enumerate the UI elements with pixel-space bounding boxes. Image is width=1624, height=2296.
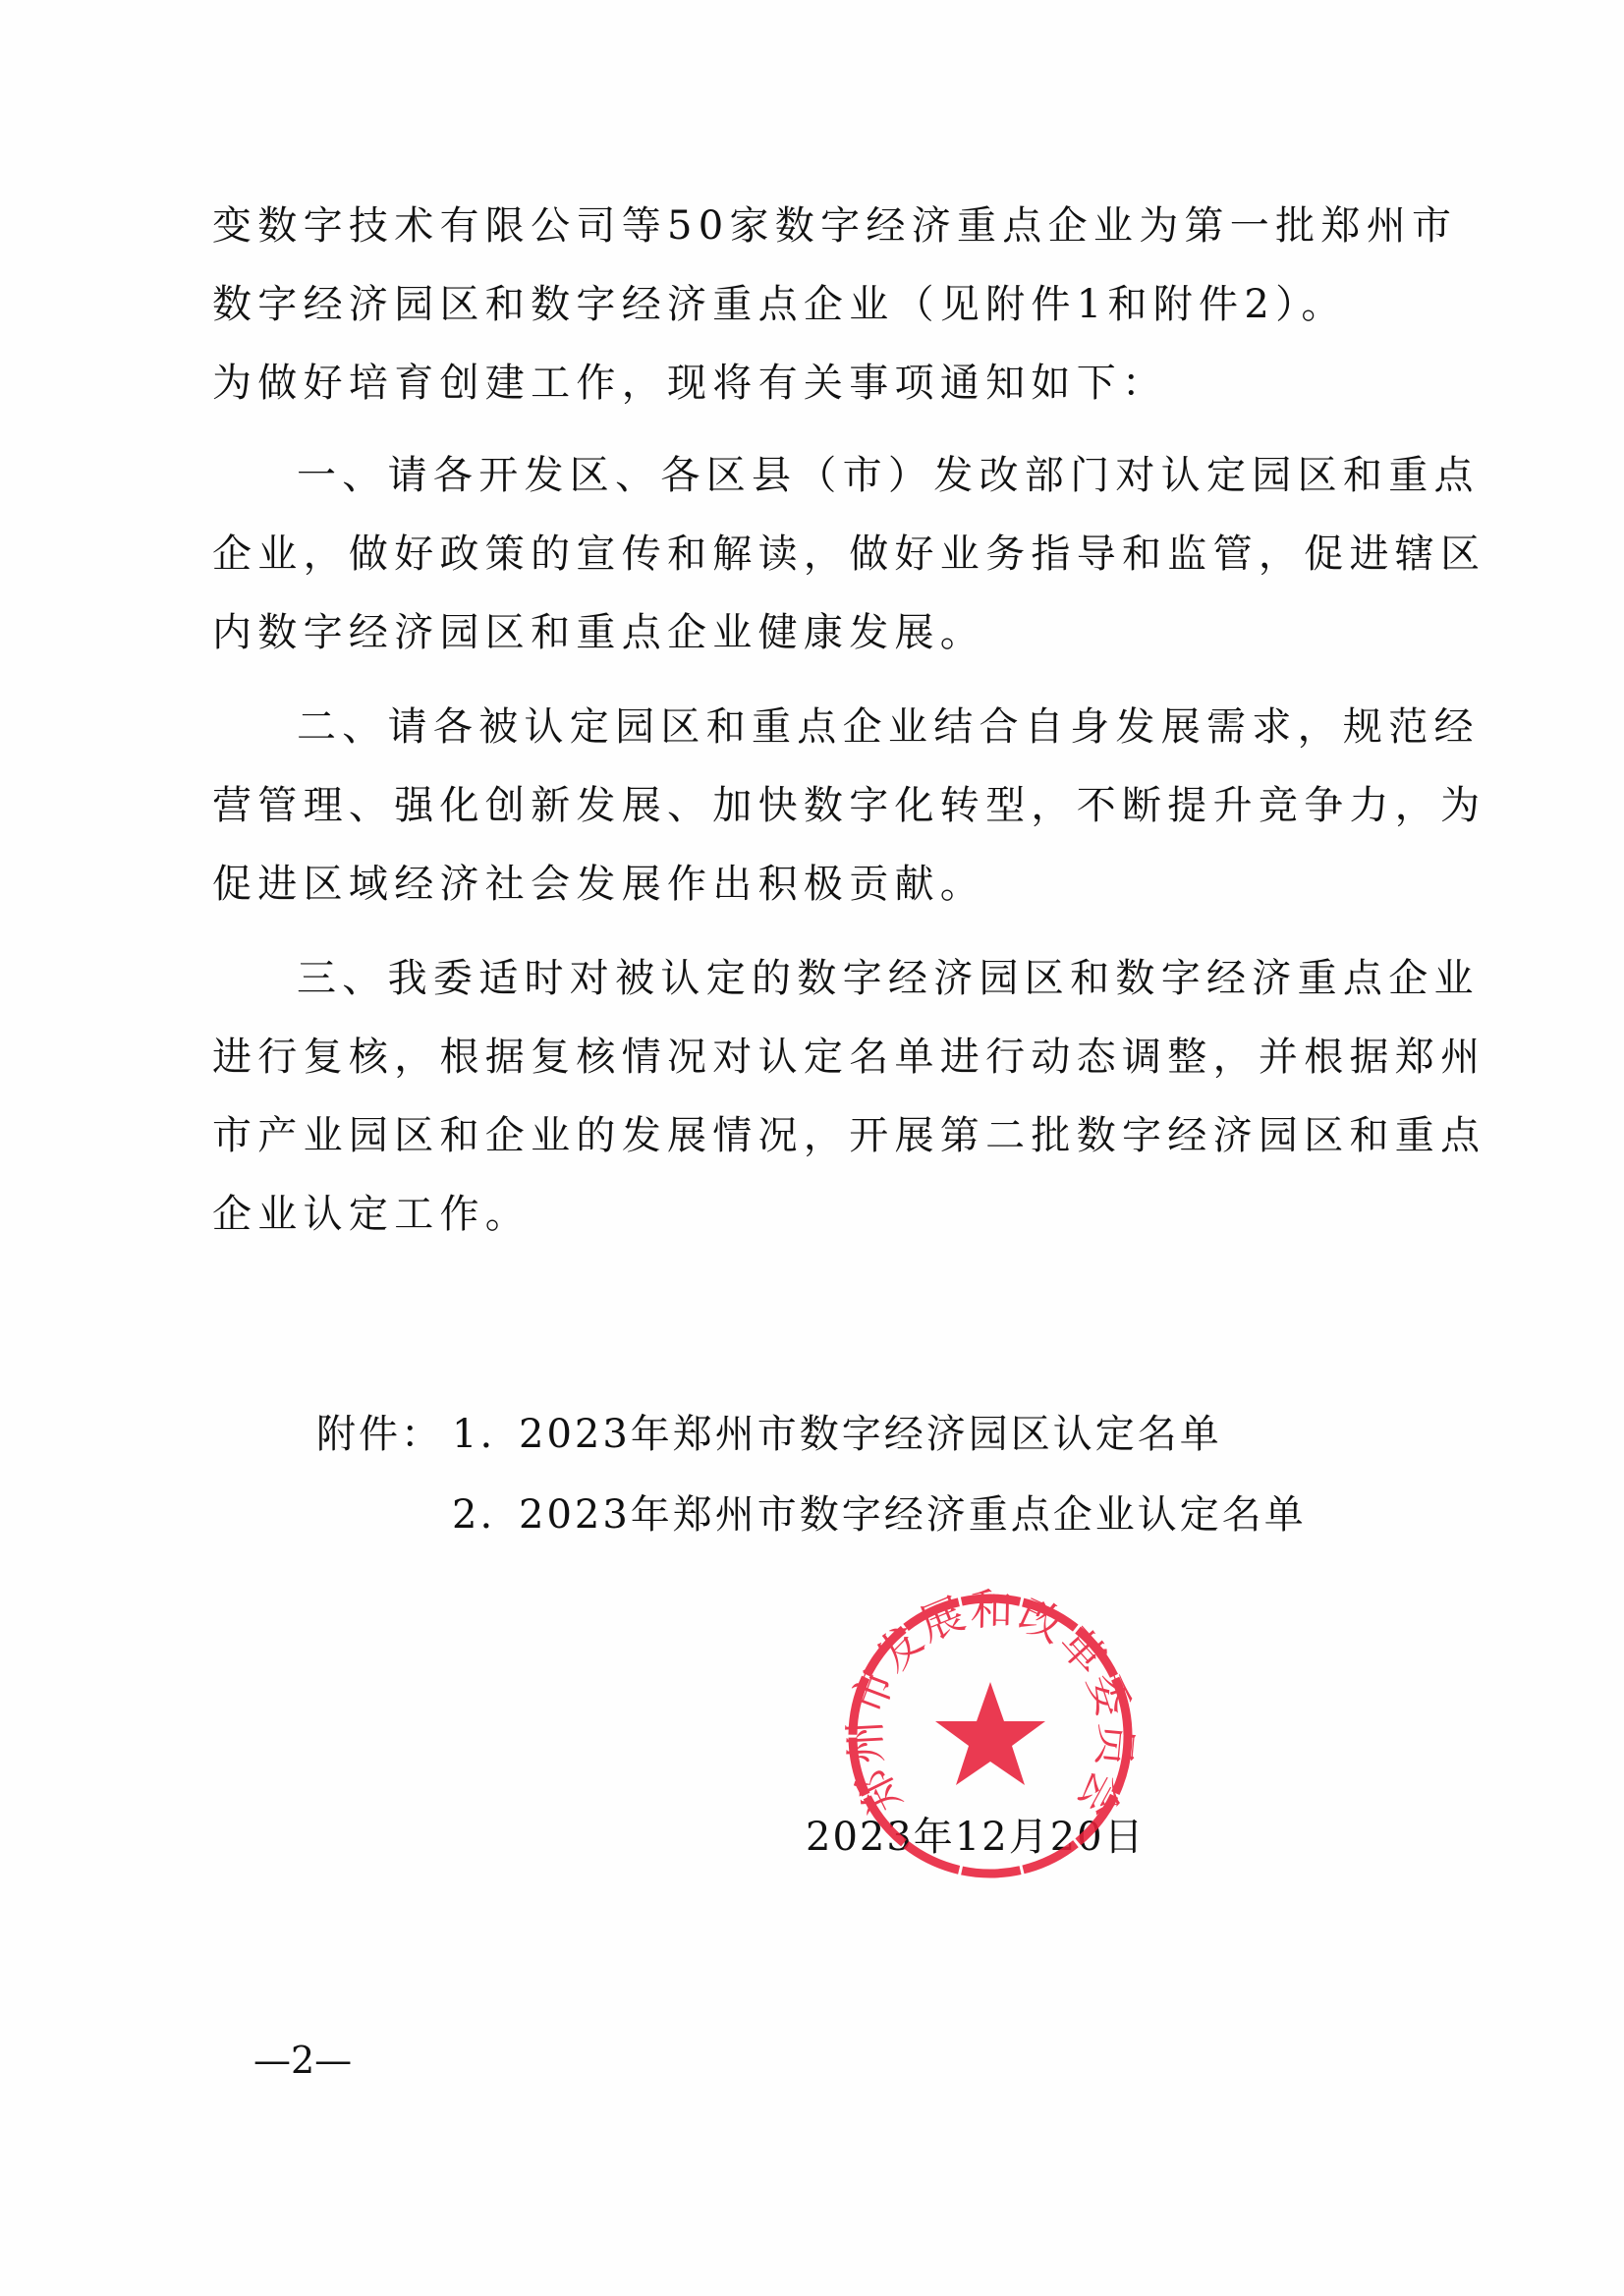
intro-line-2: 数字经济园区和数字经济重点企业（见附件1和附件2）。 [212,265,1421,344]
item-3-line-3: 市产业园区和企业的发展情况，开展第二批数字经济园区和重点 [212,1096,1421,1175]
item-3-line-2: 进行复核，根据复核情况对认定名单进行动态调整，并根据郑州 [212,1018,1421,1096]
item-1-line-3: 内数字经济园区和重点企业健康发展。 [212,593,1421,672]
svg-text:郑州市发展和改革委员会: 郑州市发展和改革委员会 [843,1589,1138,1826]
intro-line-3: 为做好培育创建工作，现将有关事项通知如下： [212,344,1421,422]
intro-line-1: 变数字技术有限公司等50家数字经济重点企业为第一批郑州市 [212,187,1421,265]
star-icon [935,1682,1045,1785]
item-2-line-2: 营管理、强化创新发展、加快数字化转型，不断提升竞争力，为 [212,766,1421,845]
item-2-line-3: 促进区域经济社会发展作出积极贡献。 [212,845,1421,924]
item-1-line-1: 一、请各开发区、各区县（市）发改部门对认定园区和重点 [297,436,1421,515]
seal-text: 郑州市发展和改革委员会 [843,1589,1138,1826]
attachments-label: 附件： [316,1395,443,1474]
item-2-line-1: 二、请各被认定园区和重点企业结合自身发展需求，规范经 [297,688,1421,766]
signature-date: 2023年12月20日 [806,1808,1146,1867]
page-number: —2— [253,2036,352,2085]
item-1-line-2: 企业，做好政策的宣传和解读，做好业务指导和监管，促进辖区 [212,515,1421,593]
item-3-line-1: 三、我委适时对被认定的数字经济园区和数字经济重点企业 [297,939,1421,1018]
attachment-1-number: 1. [452,1395,495,1474]
attachment-2-number: 2. [452,1476,495,1554]
document-page: 变数字技术有限公司等50家数字经济重点企业为第一批郑州市 数字经济园区和数字经济… [0,0,1624,2296]
attachment-2-title: 2023年郑州市数字经济重点企业认定名单 [519,1476,1307,1554]
attachment-1-title: 2023年郑州市数字经济园区认定名单 [519,1395,1222,1474]
item-3-line-4: 企业认定工作。 [212,1175,1421,1254]
